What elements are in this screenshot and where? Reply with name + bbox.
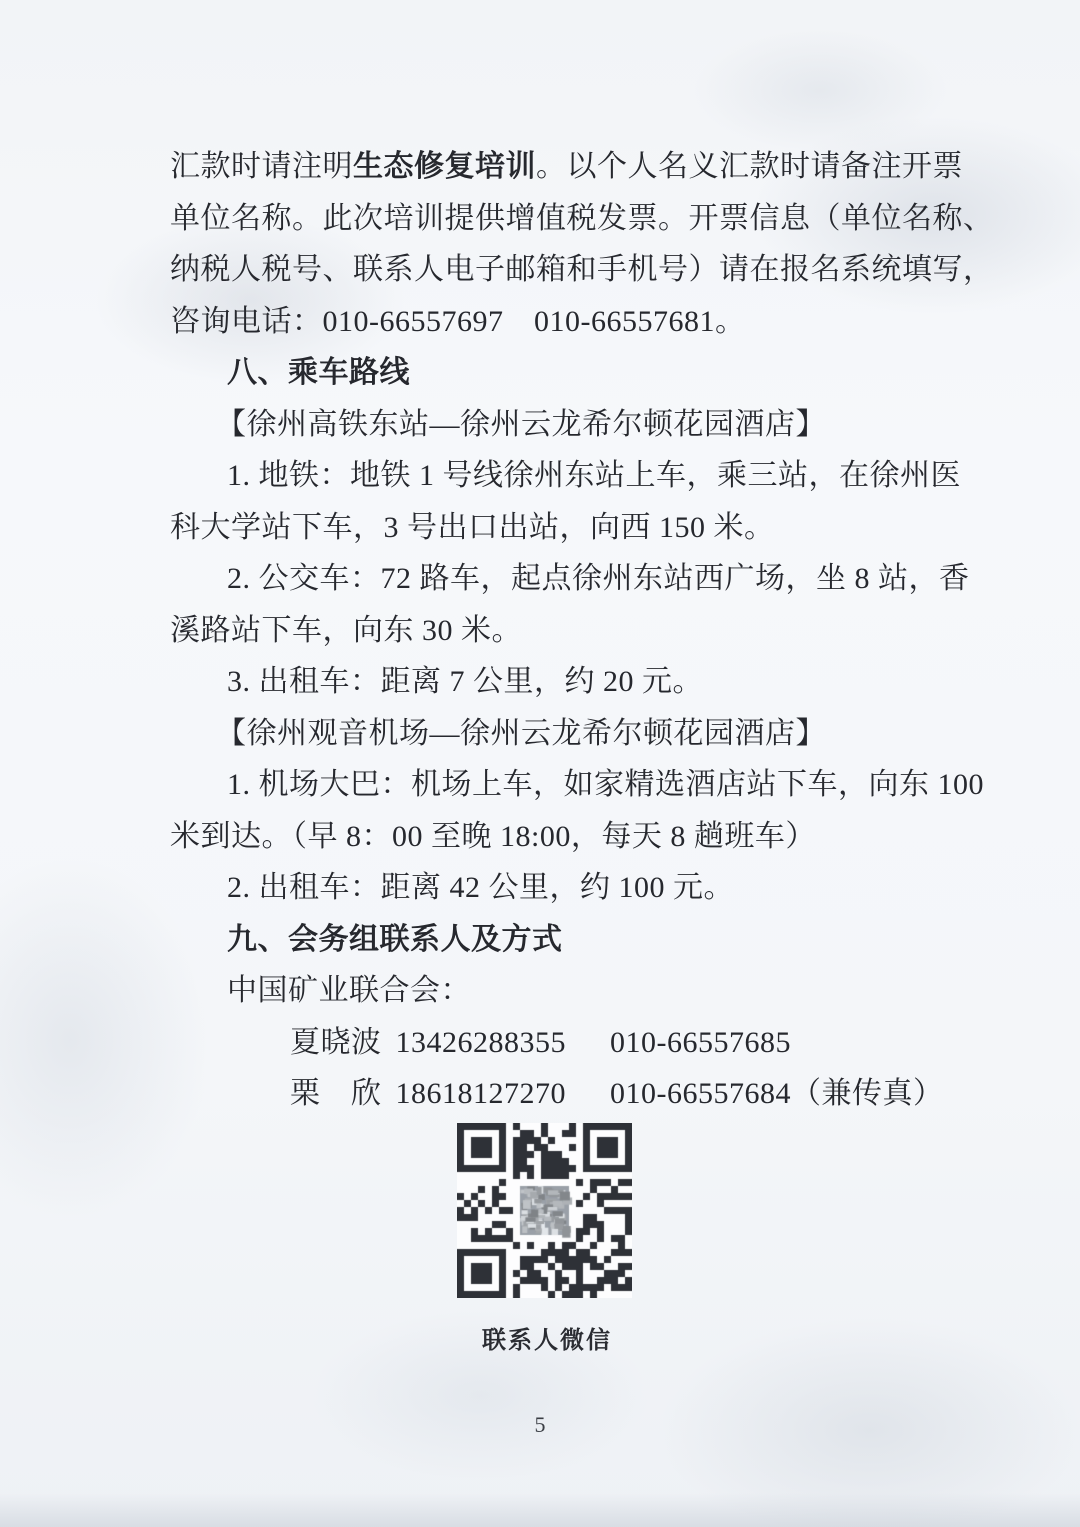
contact-organization: 中国矿业联合会：: [170, 965, 930, 1017]
section-9-heading: 九、会务组联系人及方式: [170, 914, 930, 966]
route-airport-shuttle-line-1: 1. 机场大巴：机场上车，如家精选酒店站下车，向东 100: [170, 759, 930, 811]
route-rail-metro-line-2: 科大学站下车，3 号出口出站，向西 150 米。: [170, 502, 930, 554]
route-rail-metro-line-1: 1. 地铁：地铁 1 号线徐州东站上车，乘三站，在徐州医: [170, 450, 930, 502]
contact-name: 栗 欣: [290, 1077, 382, 1110]
remittance-text: 汇款时请注明: [170, 150, 353, 183]
remittance-bold-course-name: 生态修复培训: [353, 150, 536, 183]
contact-row: 栗 欣18618127270010-66557684（兼传真）: [170, 1068, 930, 1120]
document-body: 汇款时请注明生态修复培训。以个人名义汇款时请备注开票 单位名称。此次培训提供增值…: [170, 141, 930, 1120]
remittance-line-1: 汇款时请注明生态修复培训。以个人名义汇款时请备注开票: [170, 141, 930, 193]
wechat-qr-code-image: [457, 1123, 632, 1298]
remittance-line-4-phones: 咨询电话：010-66557697 010-66557681。: [170, 296, 930, 348]
contact-note: （兼传真）: [791, 1077, 944, 1110]
remittance-line-3: 纳税人税号、联系人电子邮箱和手机号）请在报名系统填写，: [170, 244, 930, 296]
route-rail-header: 【徐州高铁东站—徐州云龙希尔顿花园酒店】: [170, 399, 930, 451]
contact-row: 夏晓波13426288355010-66557685: [170, 1017, 930, 1069]
route-airport-shuttle-line-2: 米到达。（早 8：00 至晚 18:00，每天 8 趟班车）: [170, 811, 930, 863]
route-airport-header: 【徐州观音机场—徐州云龙希尔顿花园酒店】: [170, 708, 930, 760]
qr-code-canvas: [457, 1123, 632, 1298]
contact-phone: 010-66557685: [610, 1026, 791, 1059]
qr-code-caption: 联系人微信: [417, 1320, 677, 1355]
route-airport-taxi: 2. 出租车：距离 42 公里，约 100 元。: [170, 862, 930, 914]
remittance-line-2: 单位名称。此次培训提供增值税发票。开票信息（单位名称、: [170, 193, 930, 245]
remittance-text: 。以个人名义汇款时请备注开票: [536, 150, 963, 183]
contact-mobile: 13426288355: [396, 1026, 567, 1059]
route-rail-bus-line-1: 2. 公交车：72 路车，起点徐州东站西广场，坐 8 站，香: [170, 553, 930, 605]
contact-name: 夏晓波: [290, 1026, 382, 1059]
route-rail-taxi: 3. 出租车：距离 7 公里，约 20 元。: [170, 656, 930, 708]
page-number: 5: [0, 1412, 1080, 1438]
section-8-heading: 八、乘车路线: [170, 347, 930, 399]
route-rail-bus-line-2: 溪路站下车，向东 30 米。: [170, 605, 930, 657]
contact-mobile: 18618127270: [396, 1077, 567, 1110]
contact-phone: 010-66557684: [610, 1077, 791, 1110]
